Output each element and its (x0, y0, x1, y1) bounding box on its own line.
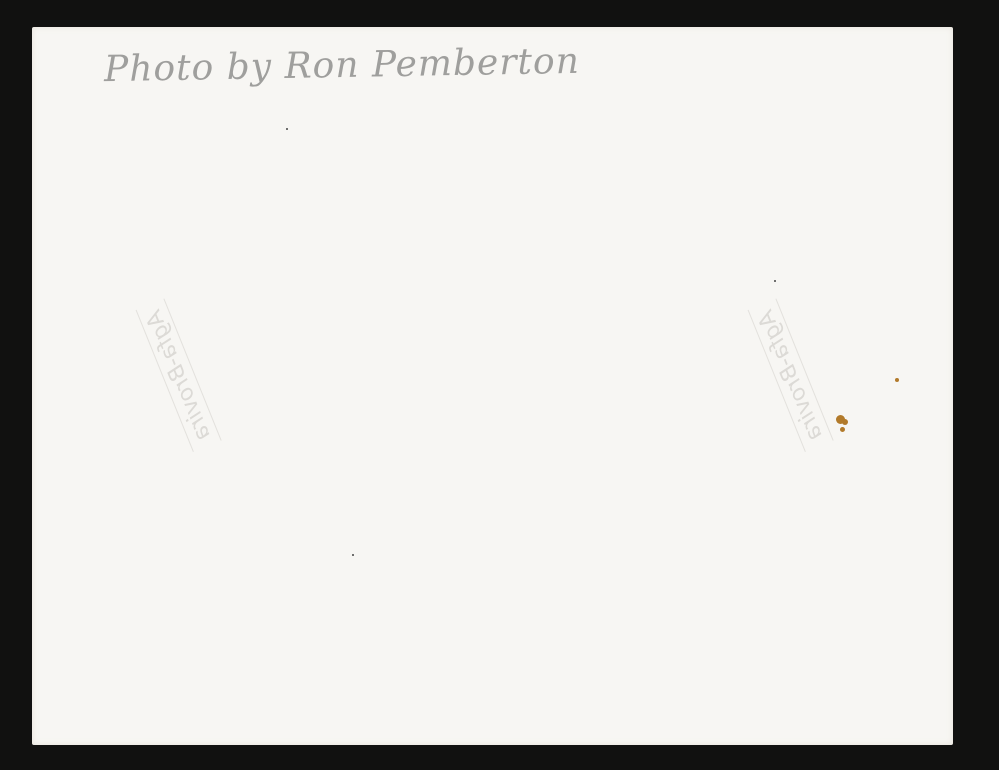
dust-speck (286, 128, 288, 130)
paper-brand-stamp-right: Agfa-Brovira (748, 299, 834, 453)
stain-spot-large-b (842, 419, 848, 425)
stain-spot-small (895, 378, 899, 382)
handwritten-inscription: Photo by Ron Pemberton (104, 41, 580, 90)
dust-speck (774, 280, 776, 282)
photo-print-back: Photo by Ron Pemberton Agfa-Brovira Agfa… (32, 27, 953, 745)
paper-brand-stamp-left: Agfa-Brovira (136, 299, 222, 453)
stain-spot-drip (840, 427, 845, 432)
dust-speck (352, 554, 354, 556)
